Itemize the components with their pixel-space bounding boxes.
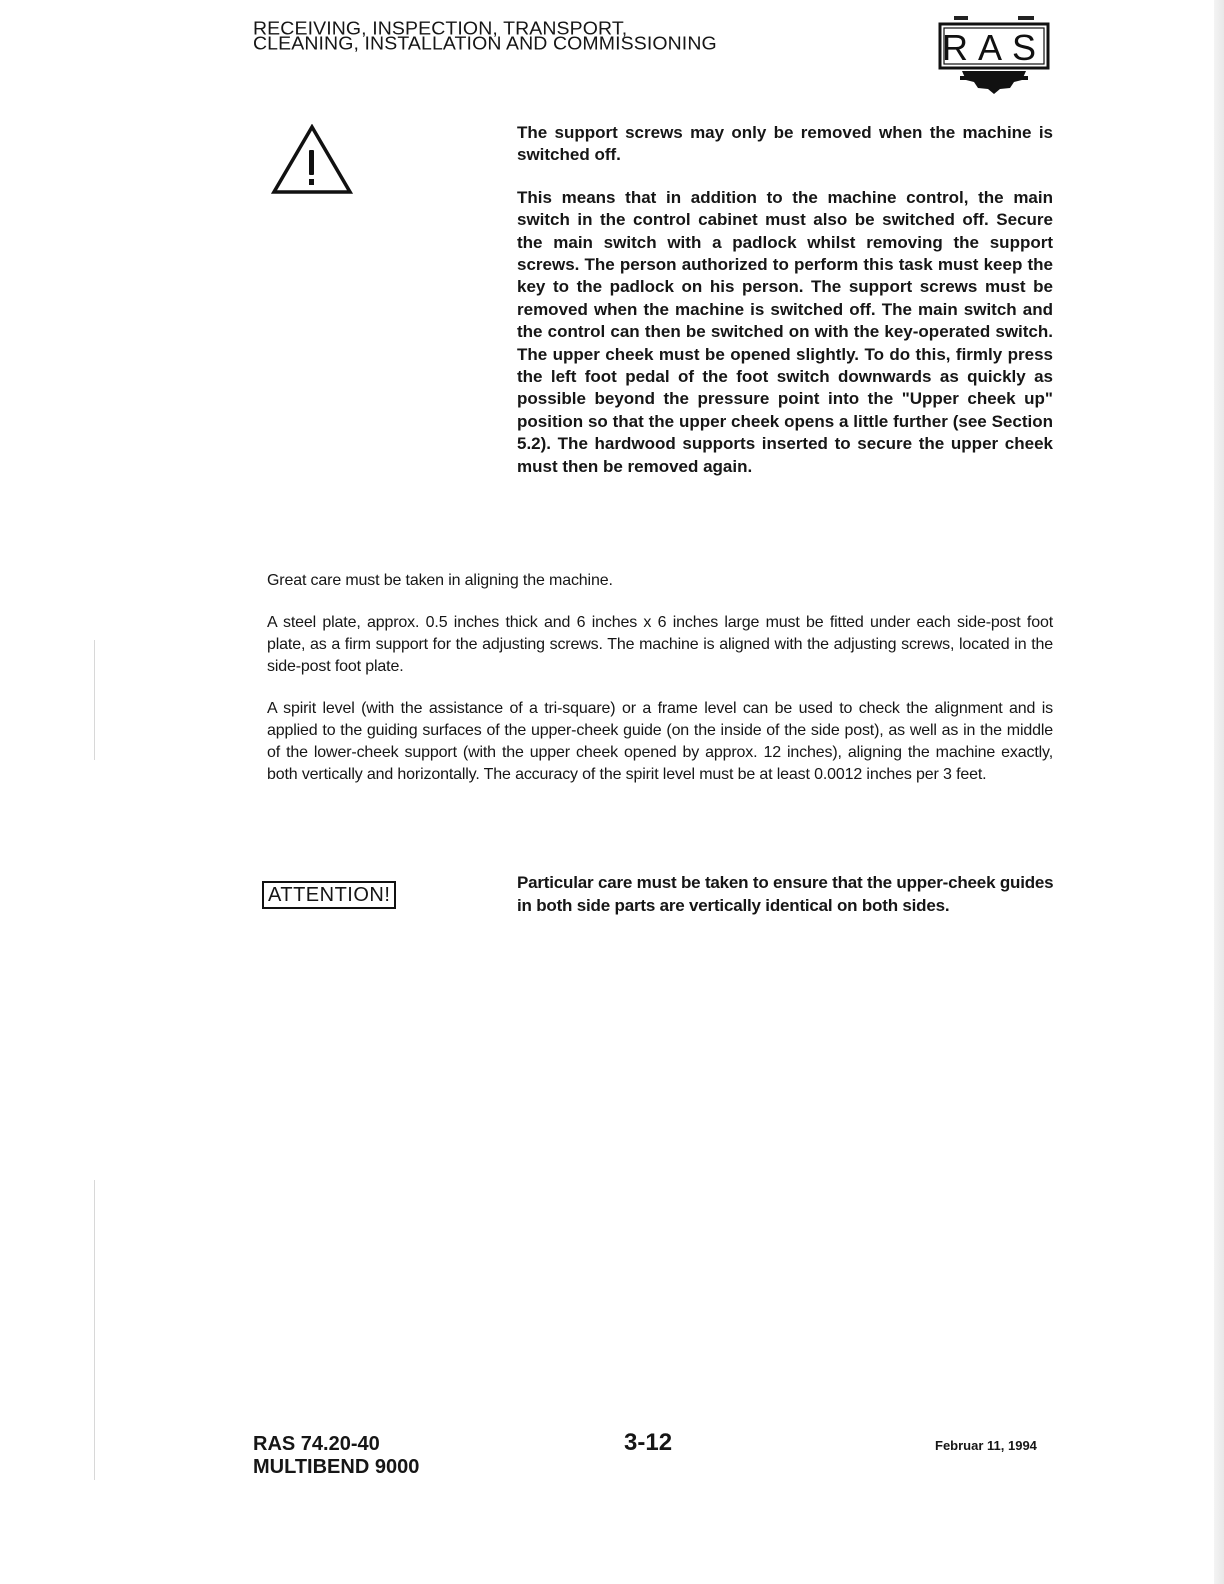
svg-text:RAS: RAS (942, 27, 1046, 68)
body-paragraph: A steel plate, approx. 0.5 inches thick … (267, 612, 1053, 678)
header-title-line-2: CLEANING, INSTALLATION AND COMMISSIONING (253, 36, 717, 51)
warning-text-block: The support screws may only be removed w… (517, 122, 1053, 498)
footer-page-number: 3-12 (624, 1429, 672, 1457)
footer-product-name: MULTIBEND 9000 (253, 1456, 419, 1479)
body-paragraph: Great care must be taken in aligning the… (267, 570, 1053, 592)
warning-paragraph: This means that in addition to the machi… (517, 187, 1053, 478)
attention-text: Particular care must be taken to ensure … (517, 872, 1057, 917)
scan-artifact (94, 1180, 95, 1480)
page-edge (1214, 0, 1224, 1584)
footer-doc-info: RAS 74.20-40 MULTIBEND 9000 (253, 1433, 419, 1479)
ras-logo-icon: RAS (936, 14, 1052, 96)
body-paragraph: A spirit level (with the assistance of a… (267, 698, 1053, 786)
footer-doc-number: RAS 74.20-40 (253, 1433, 419, 1456)
warning-paragraph: The support screws may only be removed w… (517, 122, 1053, 167)
scan-artifact (94, 640, 95, 760)
attention-label: ATTENTION! (262, 881, 396, 909)
footer-date: Februar 11, 1994 (935, 1438, 1037, 1453)
document-page: RECEIVING, INSPECTION, TRANSPORT, CLEANI… (0, 0, 1224, 1584)
page-header-title: RECEIVING, INSPECTION, TRANSPORT, CLEANI… (253, 21, 717, 51)
warning-triangle-icon (271, 124, 353, 196)
